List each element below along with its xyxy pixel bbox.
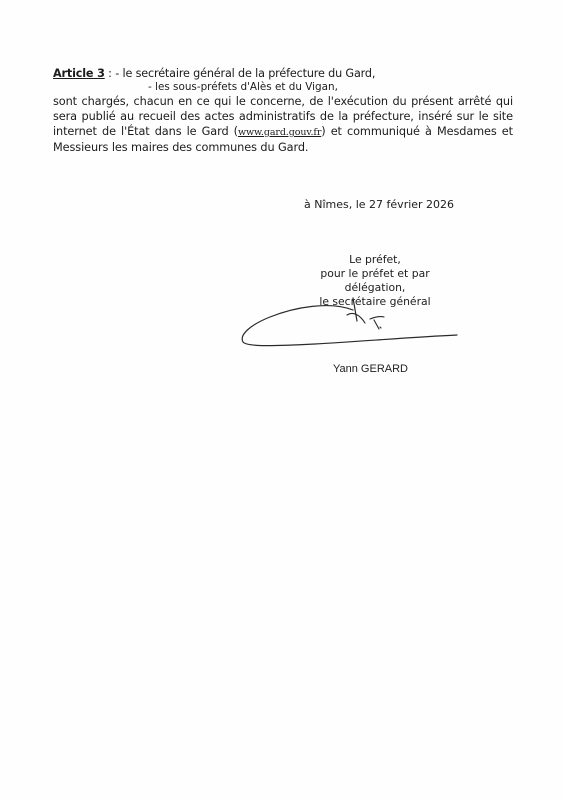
signature-icon bbox=[235, 293, 465, 353]
article-body: sont chargés, chacun en ce qui le concer… bbox=[53, 94, 513, 155]
signer-name: Yann GERARD bbox=[333, 363, 408, 375]
article-3: Article 3 : - le secrétaire général de l… bbox=[53, 66, 513, 155]
article-header-line: Article 3 : - le secrétaire général de l… bbox=[53, 66, 513, 81]
delegation-line: pour le préfet et par délégation, bbox=[290, 267, 460, 295]
place-and-date: à Nîmes, le 27 février 2026 bbox=[304, 198, 454, 211]
document-page: Article 3 : - le secrétaire général de l… bbox=[0, 0, 565, 800]
signatory-title: Le préfet, bbox=[290, 253, 460, 267]
article-item-subprefects: - les sous-préfets d'Alès et du Vigan, bbox=[53, 81, 513, 94]
article-item-secretary: - le secrétaire général de la préfecture… bbox=[115, 67, 375, 80]
website-link[interactable]: www.gard.gouv.fr bbox=[238, 127, 321, 138]
article-label: Article 3 bbox=[53, 67, 105, 80]
article-label-suffix: : bbox=[105, 67, 112, 80]
